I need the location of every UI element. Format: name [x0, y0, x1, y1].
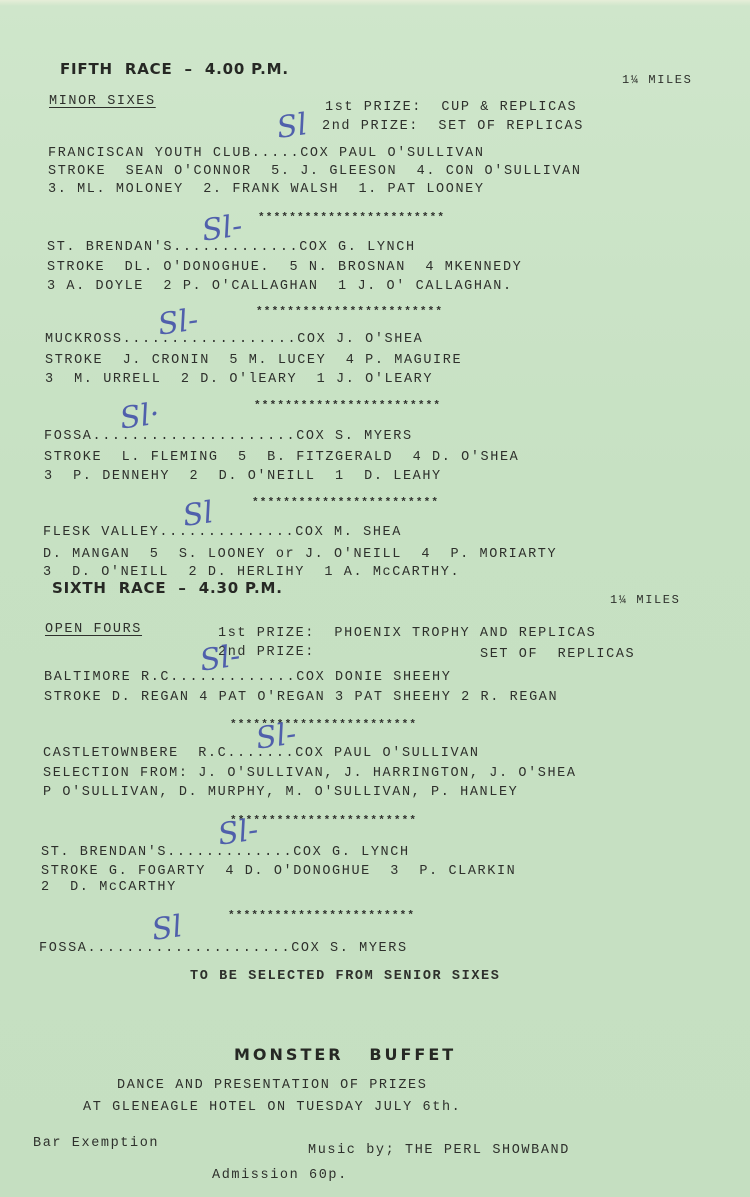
entry-crew-line: STROKE DL. O'DONOGHUE. 5 N. BROSNAN 4 MK… [47, 260, 522, 276]
sixth-race-prize-1: 1st PRIZE: PHOENIX TROPHY AND REPLICAS [218, 626, 596, 642]
paper-edge [0, 0, 750, 6]
entry-club-line: FLESK VALLEY..............COX M. SHEA [43, 525, 402, 541]
dance-line: DANCE AND PRESENTATION OF PRIZES [117, 1078, 427, 1094]
bar-exemption: Bar Exemption [33, 1136, 159, 1152]
separator: ************************ [252, 497, 439, 509]
fifth-race-class: MINOR SIXES [49, 94, 156, 110]
admission-line: Admission 60p. [212, 1168, 348, 1184]
buffet-headline: MONSTER BUFFET [234, 1045, 456, 1064]
fifth-race-prize-1: 1st PRIZE: CUP & REPLICAS [325, 100, 577, 116]
fifth-race-title: FIFTH RACE – 4.00 P.M. [60, 60, 289, 78]
handwritten-annotation: Sl- [216, 815, 260, 850]
entry-crew-line: 3 A. DOYLE 2 P. O'CALLAGHAN 1 J. O' CALL… [47, 279, 513, 295]
entry-club-line: BALTIMORE R.C.............COX DONIE SHEE… [44, 670, 451, 686]
sixth-race-prize-2-value: SET OF REPLICAS [480, 647, 635, 663]
entry-crew-line: 3 P. DENNEHY 2 D. O'NEILL 1 D. LEAHY [44, 469, 442, 485]
music-line: Music by; THE PERL SHOWBAND [308, 1143, 570, 1159]
entry-crew-line: STROKE G. FOGARTY 4 D. O'DONOGHUE 3 P. C… [41, 864, 516, 880]
fifth-race-distance: 1¼ MILES [622, 72, 692, 88]
handwritten-annotation: Sl [275, 110, 309, 144]
entry-note: TO BE SELECTED FROM SENIOR SIXES [190, 969, 500, 985]
entry-crew-line: P O'SULLIVAN, D. MURPHY, M. O'SULLIVAN, … [43, 785, 518, 801]
handwritten-annotation: Sl- [200, 211, 244, 246]
separator: ************************ [256, 306, 443, 318]
handwritten-annotation: Sl· [118, 399, 161, 434]
handwritten-annotation: Sl- [254, 719, 298, 754]
entry-crew-line: 3. ML. MOLONEY 2. FRANK WALSH 1. PAT LOO… [48, 182, 485, 198]
venue-line: AT GLENEAGLE HOTEL ON TUESDAY JULY 6th. [83, 1100, 461, 1116]
entry-club-line: FOSSA.....................COX S. MYERS [39, 941, 408, 957]
entry-crew-line: STROKE D. REGAN 4 PAT O'REGAN 3 PAT SHEE… [44, 690, 558, 706]
handwritten-annotation: Sl- [198, 641, 242, 676]
entry-club-line: FOSSA.....................COX S. MYERS [44, 429, 413, 445]
entry-crew-line: 3 M. URRELL 2 D. O'lEARY 1 J. O'LEARY [45, 372, 433, 388]
entry-crew-line: STROKE SEAN O'CONNOR 5. J. GLEESON 4. CO… [48, 164, 582, 180]
handwritten-annotation: Sl [150, 912, 184, 946]
entry-crew-line: STROKE J. CRONIN 5 M. LUCEY 4 P. MAGUIRE [45, 353, 462, 369]
sixth-race-class: OPEN FOURS [45, 622, 142, 638]
entry-club-line: FRANCISCAN YOUTH CLUB.....COX PAUL O'SUL… [48, 146, 485, 162]
sixth-race-distance: 1¼ MILES [610, 592, 680, 608]
sixth-race-title: SIXTH RACE – 4.30 P.M. [52, 579, 283, 597]
separator: ************************ [228, 910, 415, 922]
fifth-race-prize-2: 2nd PRIZE: SET OF REPLICAS [322, 119, 584, 135]
entry-crew-line: SELECTION FROM: J. O'SULLIVAN, J. HARRIN… [43, 766, 577, 782]
separator: ************************ [258, 212, 445, 224]
entry-crew-line: STROKE L. FLEMING 5 B. FITZGERALD 4 D. O… [44, 450, 519, 466]
entry-club-line: MUCKROSS..................COX J. O'SHEA [45, 332, 423, 348]
separator: ************************ [230, 815, 417, 827]
entry-crew-line: 2 D. McCARTHY [41, 880, 177, 896]
handwritten-annotation: Sl- [156, 305, 200, 340]
separator: ************************ [254, 400, 441, 412]
entry-crew-line: D. MANGAN 5 S. LOONEY or J. O'NEILL 4 P.… [43, 547, 557, 563]
handwritten-annotation: Sl [181, 498, 215, 532]
